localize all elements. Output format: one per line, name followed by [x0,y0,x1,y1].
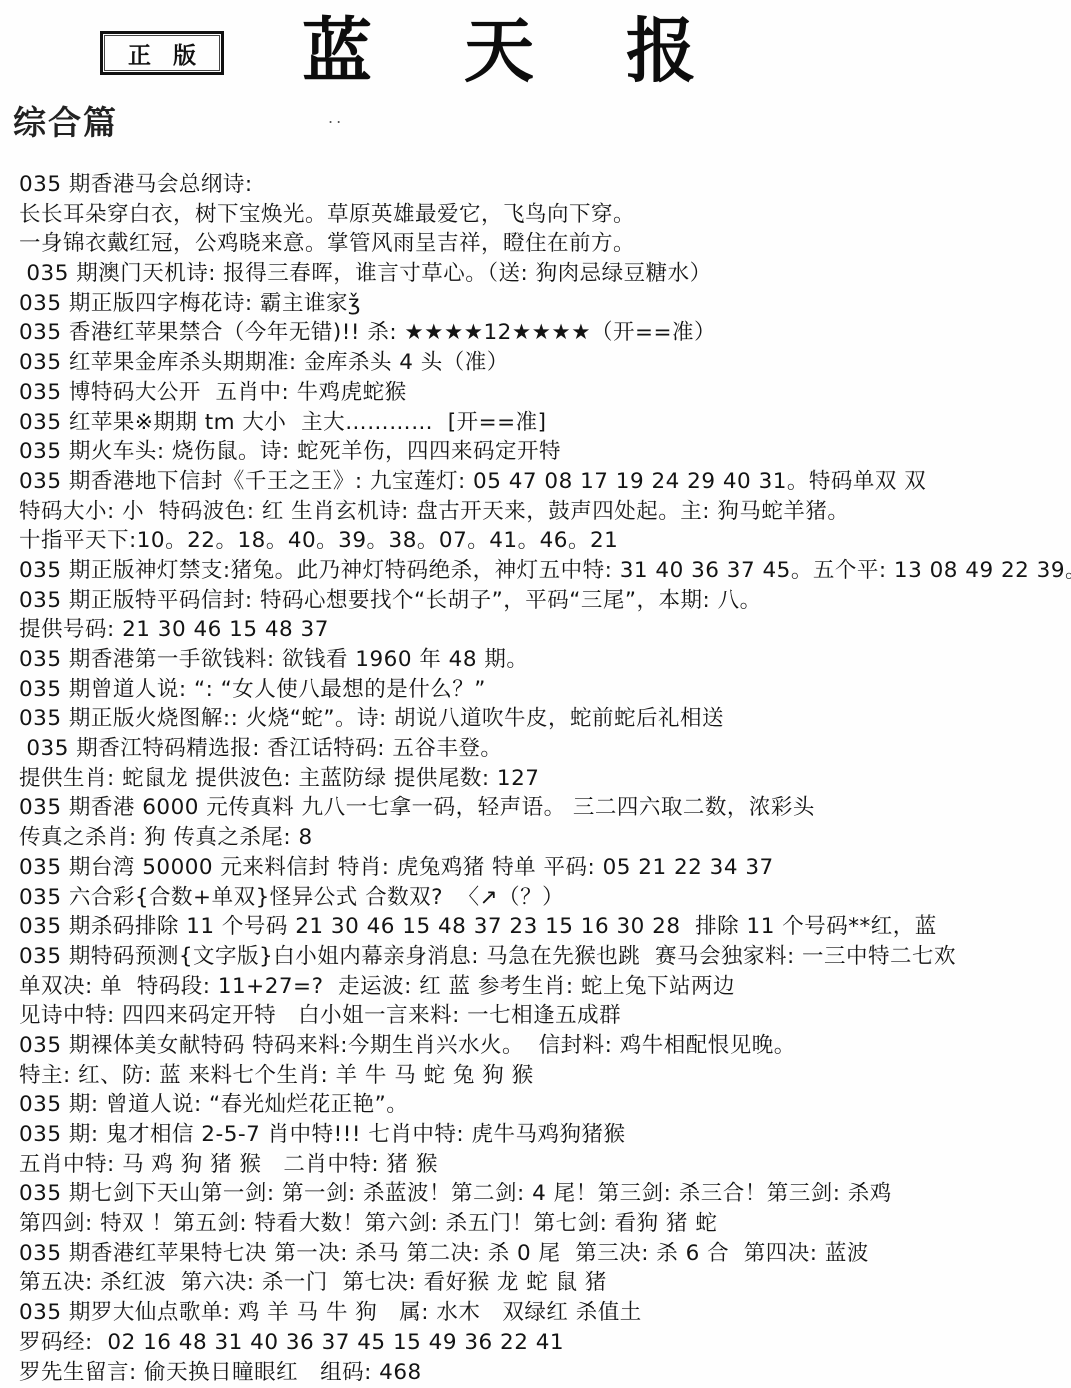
text-line: 035 期香港第一手欲钱料: 欲钱看 1960 年 48 期。 [19,645,1067,675]
text-line: 提供生肖: 蛇鼠龙 提供波色: 主蓝防绿 提供尾数: 127 [19,764,1067,794]
text-line: 035 期正版特平码信封: 特码心想要找个“长胡子”，平码“三尾”，本期: 八。 [19,586,1067,616]
text-line: 见诗中特: 四四来码定开特 白小姐一言来料: 一七相逢五成群 [19,1001,1067,1031]
text-line: 035 期香港 6000 元传真料 九八一七拿一码，轻声语。 三二四六取二数，浓… [19,793,1067,823]
text-line: 提供号码: 21 30 46 15 48 37 [19,615,1067,645]
text-line: 035 期: 曾道人说: “春光灿烂花正艳”。 [19,1090,1067,1120]
text-line: 035 博特码大公开 五肖中: 牛鸡虎蛇猴 [19,378,1067,408]
text-line: 传真之杀肖: 狗 传真之杀尾: 8 [19,823,1067,853]
text-line: 035 红苹果金库杀头期期准: 金库杀头 4 头（准） [19,348,1067,378]
text-line: 035 期: 鬼才相信 2-5-7 肖中特!!! 七肖中特: 虎牛马鸡狗猪猴 [19,1120,1067,1150]
text-line: 035 期正版神灯禁支:猪兔。此乃神灯特码绝杀，神灯五中特: 31 40 36 … [19,556,1067,586]
text-line: 035 期曾道人说: “: “女人使八最想的是什么？” [19,675,1067,705]
text-line: 第四剑: 特双 ！第五剑: 特看大数！第六剑: 杀五门！第七剑: 看狗 猪 蛇 [19,1209,1067,1239]
text-line: 035 期香港马会总纲诗: [19,170,1067,200]
text-line: 035 期火车头: 烧伤鼠。诗: 蛇死羊伤，四四来码定开特 [19,437,1067,467]
section-title: 综合篇 [13,97,118,144]
text-line: 035 期正版四字梅花诗: 霸主谁家ǯ [19,289,1067,319]
text-line: 035 期香江特码精选报: 香江话特码: 五谷丰登。 [19,734,1067,764]
edition-badge-label: 正版 [106,37,218,70]
text-line: 一身锦衣戴红冠，公鸡晓来意。掌管风雨呈吉祥，瞪住在前方。 [19,229,1067,259]
text-line: 特码大小: 小 特码波色: 红 生肖玄机诗: 盘古开天来，鼓声四处起。主: 狗马… [19,497,1067,527]
text-line: 035 期香港红苹果特七决 第一决: 杀马 第二决: 杀 0 尾 第三决: 杀 … [19,1239,1067,1269]
text-line: 035 期特码预测{文字版}白小姐内幕亲身消息: 马急在先猴也跳 赛马会独家料:… [19,942,1067,972]
body-text: 035 期香港马会总纲诗: 长长耳朵穿白衣，树下宝焕光。草原英雄最爱它，飞鸟向下… [19,170,1067,1387]
text-line: 035 期澳门天机诗: 报得三春晖，谁言寸草心。（送: 狗肉忌绿豆糖水） [19,259,1067,289]
text-line: 特主: 红、防: 蓝 来料七个生肖: 羊 牛 马 蛇 兔 狗 猴 [19,1061,1067,1091]
text-line: 035 期台湾 50000 元来料信封 特肖: 虎兔鸡猪 特单 平码: 05 2… [19,853,1067,883]
scan-artifact-dots: .. [328,108,344,127]
text-line: 罗先生留言: 偷天换日瞳眼红 组码: 468 [19,1358,1067,1388]
text-line: 035 期七剑下天山第一剑: 第一剑: 杀蓝波！第二剑: 4 尾！第三剑: 杀三… [19,1179,1067,1209]
text-line: 035 香港红苹果禁合（今年无错)!! 杀: ★★★★12★★★★（开==准） [19,318,1067,348]
edition-badge: 正版 [100,31,224,75]
text-line: 罗码经: 02 16 48 31 40 36 37 45 15 49 36 22… [19,1328,1067,1358]
text-line: 035 红苹果※期期 tm 大小 主大………… [开==准] [19,408,1067,438]
text-line: 第五决: 杀红波 第六决: 杀一门 第七决: 看好猴 龙 蛇 鼠 猪 [19,1268,1067,1298]
text-line: 035 六合彩{合数+单双}怪异公式 合数双? 〈↗（？） [19,883,1067,913]
text-line: 035 期裸体美女献特码 特码来料:今期生肖兴水火。 信封料: 鸡牛相配恨见晚。 [19,1031,1067,1061]
text-line: 035 期罗大仙点歌单: 鸡 羊 马 牛 狗 属: 水木 双绿红 杀值土 [19,1298,1067,1328]
page-title: 蓝天报 [302,8,788,94]
text-line: 035 期正版火烧图解:: 火烧“蛇”。诗: 胡说八道吹牛皮，蛇前蛇后礼相送 [19,704,1067,734]
text-line: 长长耳朵穿白衣，树下宝焕光。草原英雄最爱它，飞鸟向下穿。 [19,200,1067,230]
text-line: 单双决: 单 特码段: 11+27=? 走运波: 红 蓝 参考生肖: 蛇上兔下站… [19,972,1067,1002]
text-line: 035 期香港地下信封《千王之王》: 九宝莲灯: 05 47 08 17 19 … [19,467,1067,497]
text-line: 十指平天下:10。22。18。40。39。38。07。41。46。21 [19,526,1067,556]
text-line: 035 期杀码排除 11 个号码 21 30 46 15 48 37 23 15… [19,912,1067,942]
text-line: 五肖中特: 马 鸡 狗 猪 猴 二肖中特: 猪 猴 [19,1150,1067,1180]
